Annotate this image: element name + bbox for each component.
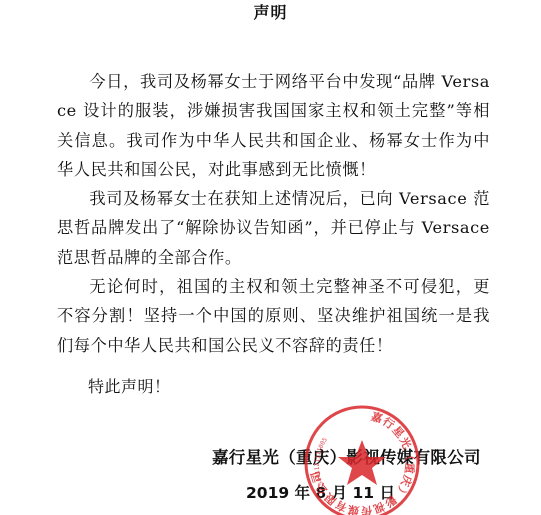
document-title: 声明 [0, 2, 541, 24]
paragraph-termination: 我司及杨幂女士在获知上述情况后，已向 Versace 范思哲品牌发出了“解除协议… [57, 184, 490, 272]
closing-statement: 特此声明！ [88, 376, 171, 398]
signature-company: 嘉行星光（重庆）影视传媒有限公司 [212, 447, 481, 469]
paragraph-discovery: 今日，我司及杨幂女士于网络平台中发现“品牌 Versace 设计的服装，涉嫌损害… [57, 67, 490, 184]
statement-body: 今日，我司及杨幂女士于网络平台中发现“品牌 Versace 设计的服装，涉嫌损害… [57, 67, 490, 360]
statement-page: 声明 今日，我司及杨幂女士于网络平台中发现“品牌 Versace 设计的服装，涉… [0, 0, 541, 515]
signature-date: 2019 年 8 月 11 日 [246, 482, 395, 504]
paragraph-sovereignty: 无论何时，祖国的主权和领土完整神圣不可侵犯，更不容分割！坚持一个中国的原则、坚决… [57, 272, 490, 360]
